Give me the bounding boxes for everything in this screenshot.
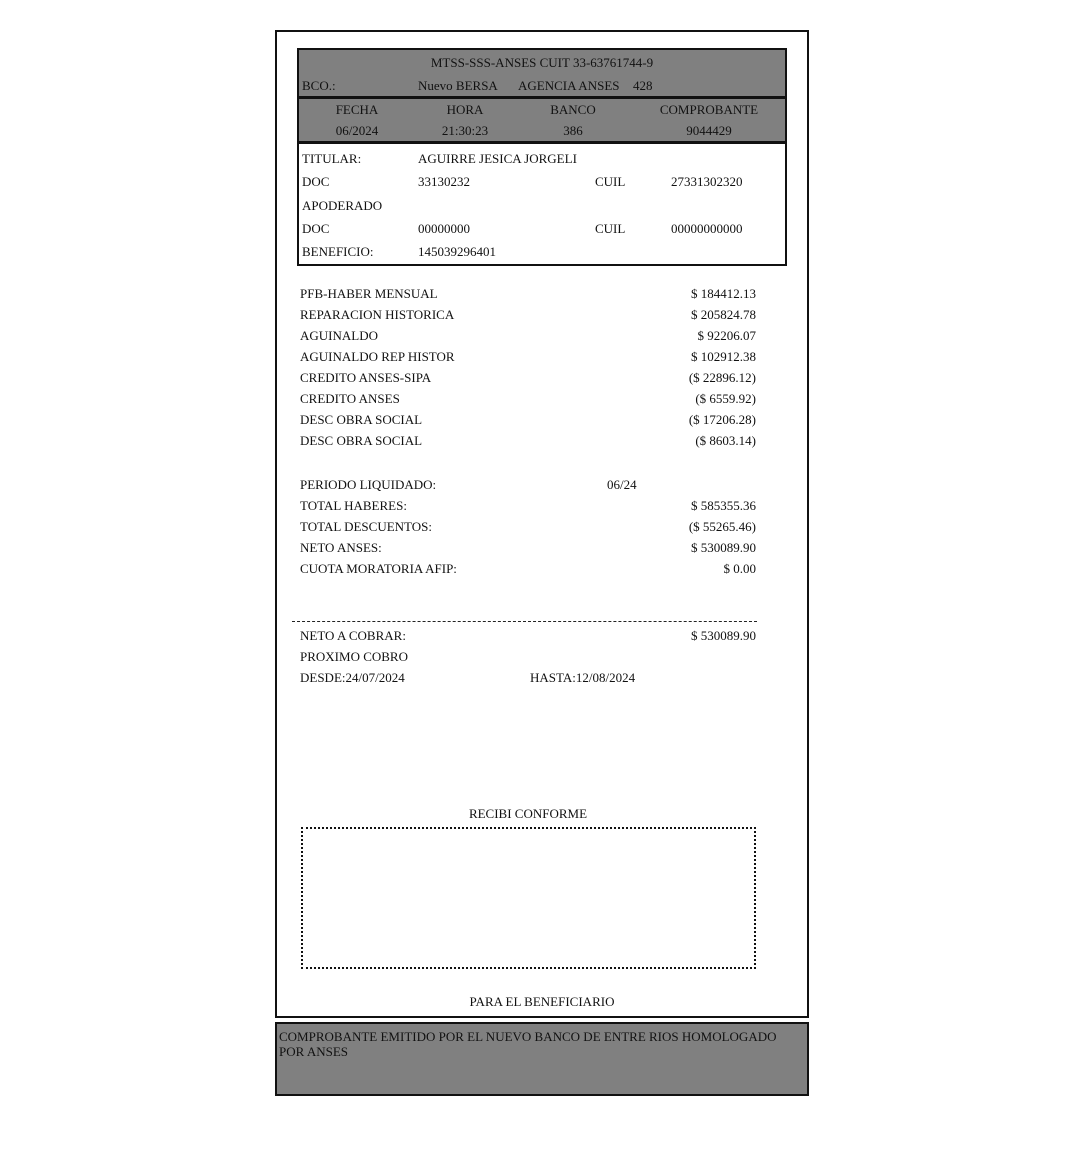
cuil-label: CUIL — [595, 174, 625, 190]
recibi-conforme-label: RECIBI CONFORME — [300, 806, 756, 822]
cuil-value: 27331302320 — [671, 174, 743, 190]
footer-text: COMPROBANTE EMITIDO POR EL NUEVO BANCO D… — [279, 1029, 799, 1059]
hora-value: 21:30:23 — [415, 123, 515, 139]
item-concept: AGUINALDO REP HISTOR — [300, 349, 455, 365]
item-amount: $ 205824.78 — [600, 307, 756, 323]
titular-label: TITULAR: — [302, 151, 361, 167]
item-concept: CREDITO ANSES — [300, 391, 400, 407]
neto-cobrar-label: NETO A COBRAR: — [300, 628, 406, 644]
header-box: MTSS-SSS-ANSES CUIT 33-63761744-9 BCO.: … — [297, 48, 787, 266]
apoderado-cuil-label: CUIL — [595, 221, 625, 237]
fecha-label: FECHA — [307, 102, 407, 118]
item-amount: ($ 6559.92) — [600, 391, 756, 407]
header-transaction-info: FECHA 06/2024 HORA 21:30:23 BANCO 386 CO… — [299, 96, 785, 144]
item-amount: ($ 8603.14) — [600, 433, 756, 449]
item-amount: $ 184412.13 — [600, 286, 756, 302]
bco-label: BCO.: — [302, 78, 336, 94]
periodo-label: PERIODO LIQUIDADO: — [300, 477, 436, 493]
agencia-label: AGENCIA ANSES — [518, 78, 620, 94]
apoderado-cuil-value: 00000000000 — [671, 221, 743, 237]
neto-anses-label: NETO ANSES: — [300, 540, 382, 556]
agencia-value: 428 — [633, 78, 653, 94]
apoderado-doc-value: 00000000 — [418, 221, 470, 237]
header-bank-info: MTSS-SSS-ANSES CUIT 33-63761744-9 BCO.: … — [299, 50, 785, 96]
total-descuentos-value: ($ 55265.46) — [600, 519, 756, 535]
periodo-value: 06/24 — [607, 477, 637, 493]
neto-anses-value: $ 530089.90 — [600, 540, 756, 556]
item-amount: ($ 17206.28) — [600, 412, 756, 428]
para-beneficiario-label: PARA EL BENEFICIARIO — [275, 994, 809, 1010]
hasta-date: HASTA:12/08/2024 — [530, 670, 635, 686]
total-haberes-value: $ 585355.36 — [600, 498, 756, 514]
item-amount: $ 92206.07 — [600, 328, 756, 344]
item-concept: REPARACION HISTORICA — [300, 307, 454, 323]
doc-value: 33130232 — [418, 174, 470, 190]
item-concept: PFB-HABER MENSUAL — [300, 286, 438, 302]
signature-box — [301, 827, 756, 969]
item-concept: DESC OBRA SOCIAL — [300, 412, 422, 428]
cuota-label: CUOTA MORATORIA AFIP: — [300, 561, 457, 577]
item-concept: AGUINALDO — [300, 328, 378, 344]
apoderado-label: APODERADO — [302, 198, 382, 214]
beneficio-label: BENEFICIO: — [302, 244, 374, 260]
doc-label: DOC — [302, 174, 329, 190]
banco-label: BANCO — [523, 102, 623, 118]
item-amount: $ 102912.38 — [600, 349, 756, 365]
banco-value: 386 — [523, 123, 623, 139]
neto-cobrar-value: $ 530089.90 — [600, 628, 756, 644]
item-concept: CREDITO ANSES-SIPA — [300, 370, 431, 386]
apoderado-doc-label: DOC — [302, 221, 329, 237]
bco-value: Nuevo BERSA — [418, 78, 498, 94]
total-descuentos-label: TOTAL DESCUENTOS: — [300, 519, 432, 535]
cut-line-divider — [292, 621, 757, 622]
fecha-value: 06/2024 — [307, 123, 407, 139]
item-amount: ($ 22896.12) — [600, 370, 756, 386]
footer-box: COMPROBANTE EMITIDO POR EL NUEVO BANCO D… — [275, 1022, 809, 1096]
item-concept: DESC OBRA SOCIAL — [300, 433, 422, 449]
hora-label: HORA — [415, 102, 515, 118]
cuota-value: $ 0.00 — [600, 561, 756, 577]
titular-value: AGUIRRE JESICA JORGELI — [418, 151, 577, 167]
beneficio-value: 145039296401 — [418, 244, 496, 260]
desde-date: DESDE:24/07/2024 — [300, 670, 405, 686]
comprobante-value: 9044429 — [649, 123, 769, 139]
comprobante-label: COMPROBANTE — [649, 102, 769, 118]
proximo-cobro-label: PROXIMO COBRO — [300, 649, 408, 665]
total-haberes-label: TOTAL HABERES: — [300, 498, 407, 514]
header-title: MTSS-SSS-ANSES CUIT 33-63761744-9 — [299, 55, 785, 71]
